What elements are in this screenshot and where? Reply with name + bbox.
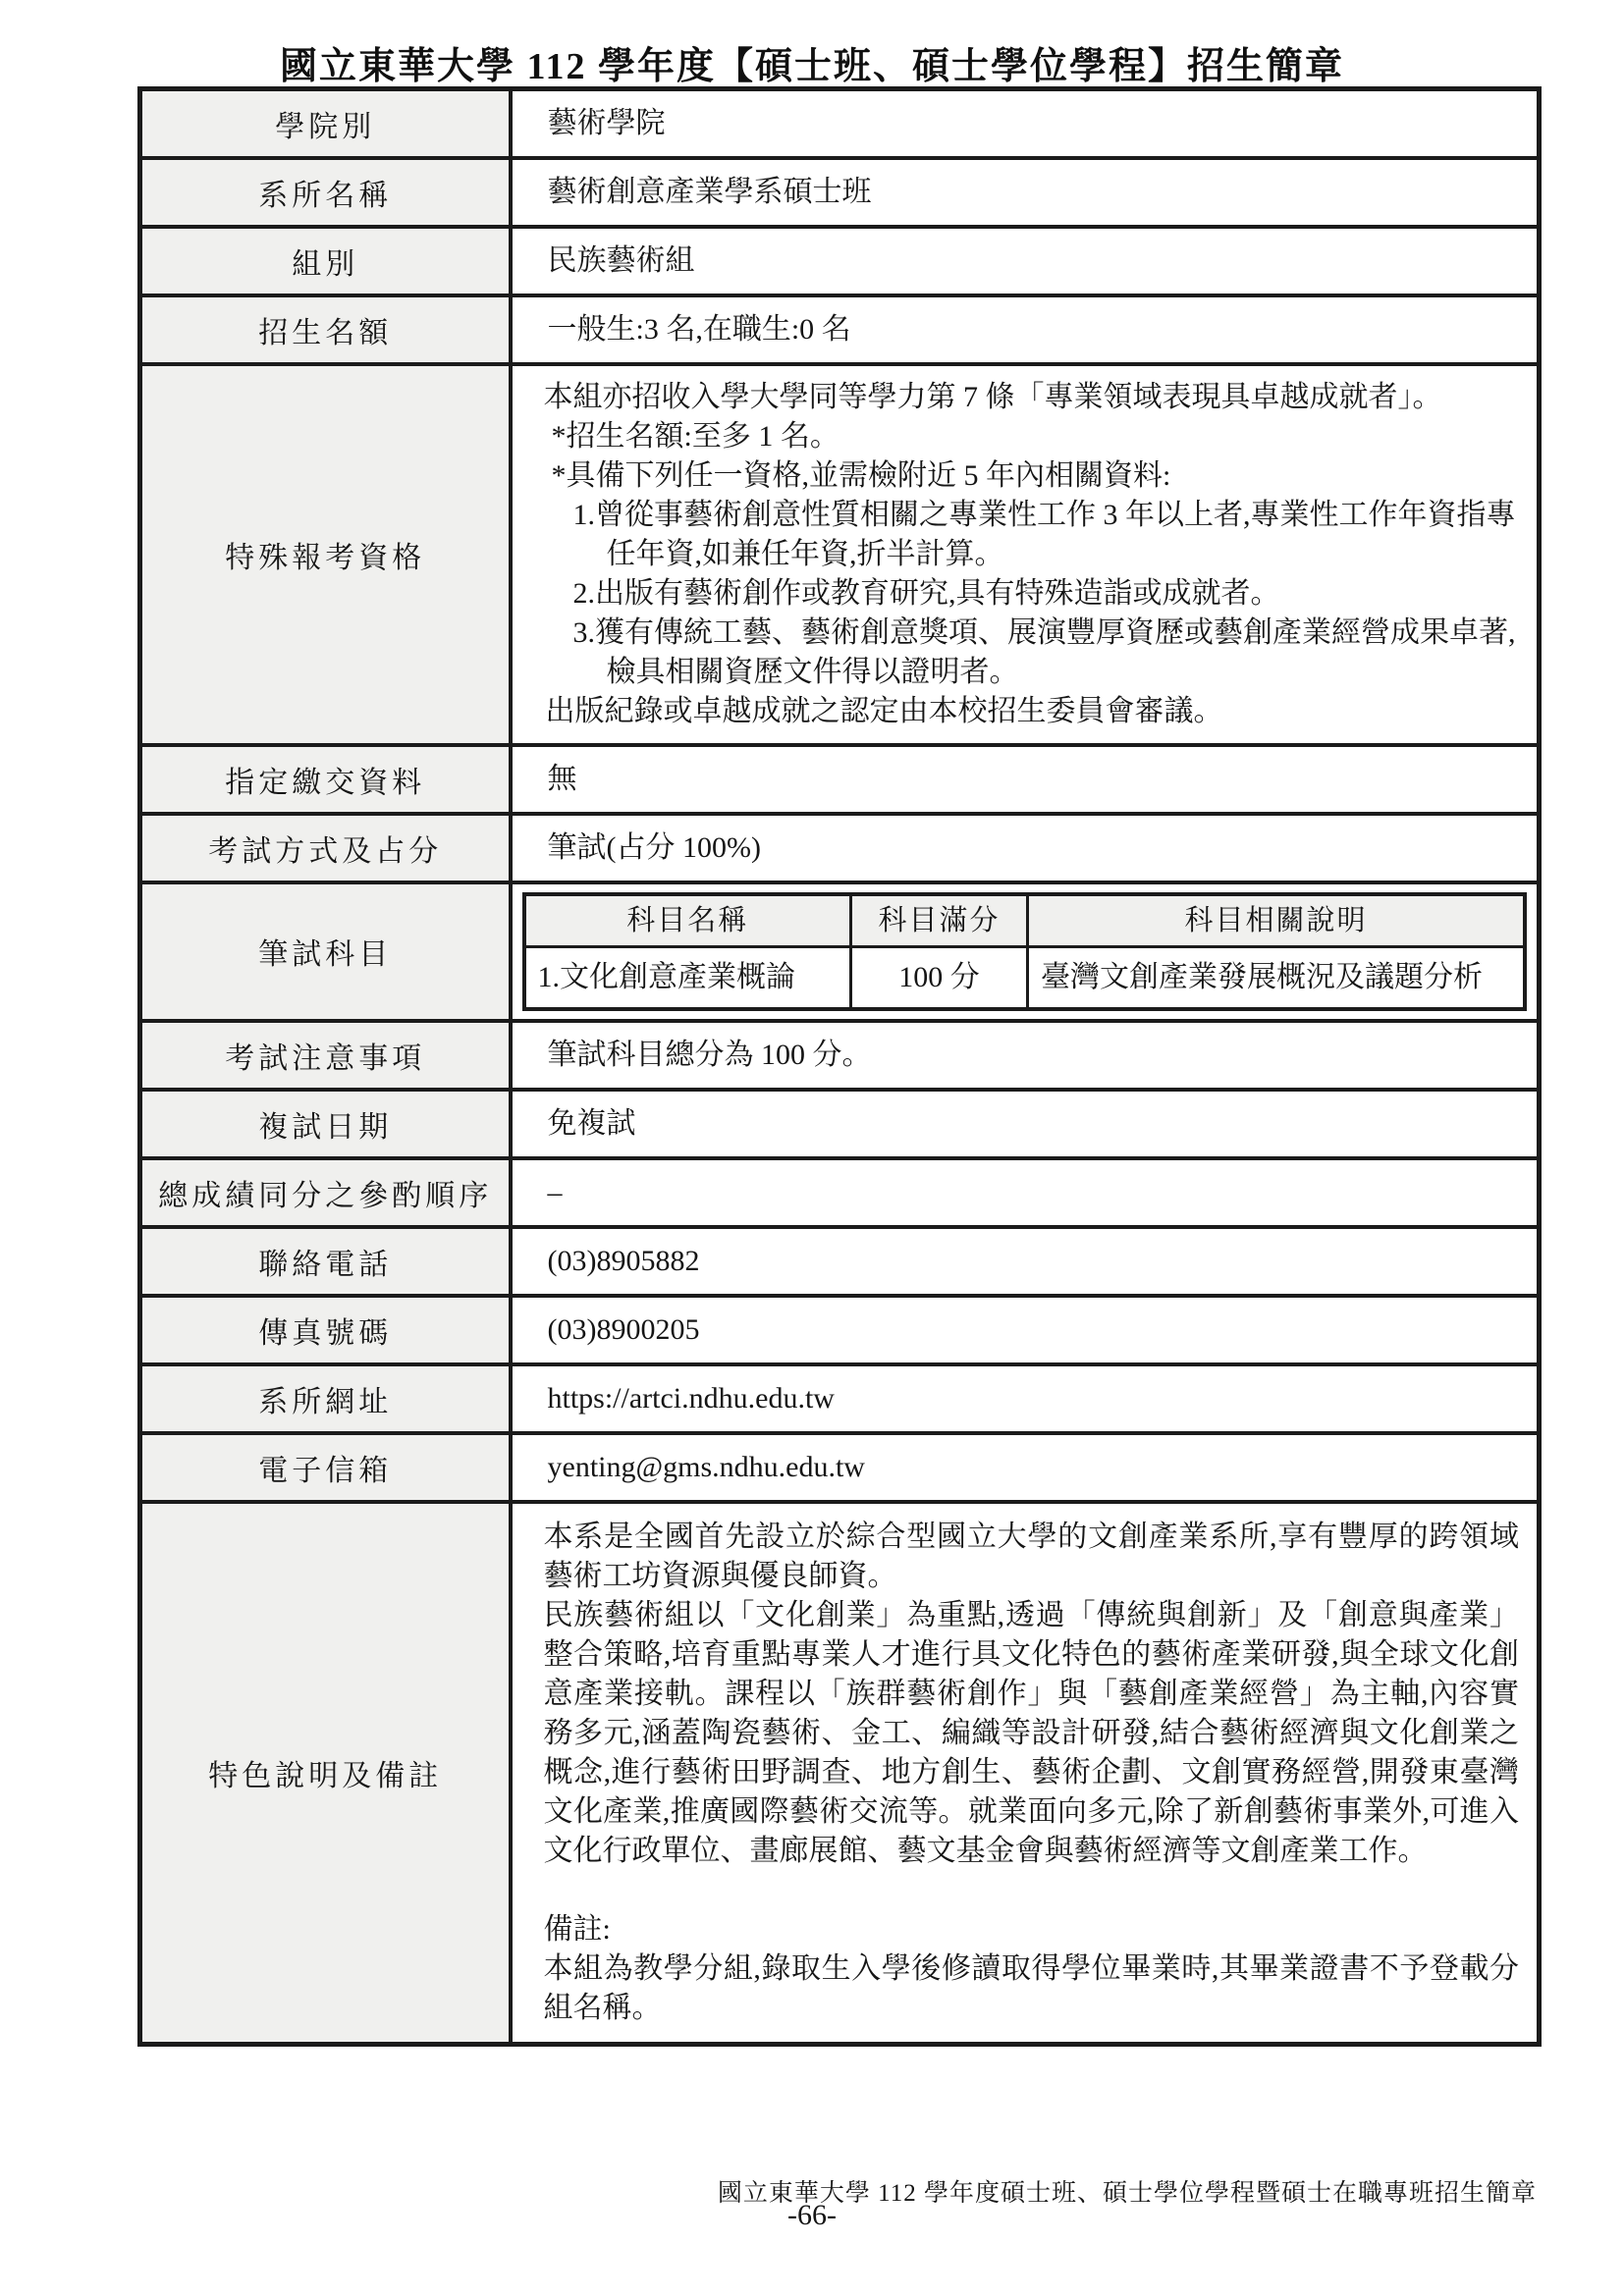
- row-group: 組別 民族藝術組: [140, 227, 1540, 295]
- special-line: 3.獲有傳統工藝、藝術創意獎項、展演豐厚資歷或藝創產業經營成果卓著,檢具相關資歷…: [544, 614, 1520, 692]
- special-line: *招生名額:至多 1 名。: [552, 417, 1520, 456]
- row-retest-date: 複試日期 免複試: [140, 1090, 1540, 1158]
- row-phone: 聯絡電話 (03)8905882: [140, 1227, 1540, 1296]
- row-website-value: https://artci.ndhu.edu.tw: [511, 1364, 1540, 1433]
- subject-data-row: 1.文化創意產業概論 100 分 臺灣文創產業發展概況及議題分析: [524, 947, 1526, 1010]
- row-college-value: 藝術學院: [511, 89, 1540, 158]
- row-exam-notes-value: 筆試科目總分為 100 分。: [511, 1021, 1540, 1090]
- row-college-label: 學院別: [140, 89, 511, 158]
- admission-info-table: 學院別 藝術學院 系所名稱 藝術創意產業學系碩士班 組別 民族藝術組 招生名額 …: [137, 86, 1542, 2047]
- row-tiebreak-order-label: 總成績同分之參酌順序: [140, 1158, 511, 1227]
- row-website-label: 系所網址: [140, 1364, 511, 1433]
- row-fax-value: (03)8900205: [511, 1296, 1540, 1364]
- subject-name-header: 科目名稱: [524, 894, 851, 947]
- special-line: 1.曾從事藝術創意性質相關之專業性工作 3 年以上者,專業性工作年資指專任年資,…: [544, 496, 1520, 574]
- subject-name: 1.文化創意產業概論: [524, 947, 851, 1010]
- row-tiebreak-order-value: –: [511, 1158, 1540, 1227]
- row-written-subjects-value: 科目名稱 科目滿分 科目相關說明 1.文化創意產業概論 100 分 臺灣文創產業…: [511, 882, 1540, 1022]
- row-college: 學院別 藝術學院: [140, 89, 1540, 158]
- special-line: 本組亦招收入學大學同等學力第 7 條「專業領域表現具卓越成就者」。: [544, 378, 1520, 417]
- row-exam-method-value: 筆試(占分 100%): [511, 814, 1540, 882]
- notes-remark-body: 本組為教學分組,錄取生入學後修讀取得學位畢業時,其畢業證書不予登載分組名稱。: [544, 1949, 1520, 2028]
- row-special-label: 特殊報考資格: [140, 364, 511, 745]
- row-documents: 指定繳交資料 無: [140, 745, 1540, 814]
- row-features-remarks-label: 特色說明及備註: [140, 1502, 511, 2045]
- subject-desc-header: 科目相關說明: [1028, 894, 1526, 947]
- special-line: 出版紀錄或卓越成就之認定由本校招生委員會審議。: [546, 692, 1520, 731]
- row-quota: 招生名額 一般生:3 名,在職生:0 名: [140, 295, 1540, 364]
- page-title: 國立東華大學 112 學年度【碩士班、碩士學位學程】招生簡章: [0, 35, 1624, 89]
- page-number: -66-: [0, 2199, 1624, 2232]
- row-department-label: 系所名稱: [140, 158, 511, 227]
- row-phone-value: (03)8905882: [511, 1227, 1540, 1296]
- row-written-subjects-label: 筆試科目: [140, 882, 511, 1022]
- row-retest-date-label: 複試日期: [140, 1090, 511, 1158]
- row-quota-label: 招生名額: [140, 295, 511, 364]
- row-retest-date-value: 免複試: [511, 1090, 1540, 1158]
- row-department: 系所名稱 藝術創意產業學系碩士班: [140, 158, 1540, 227]
- row-written-subjects: 筆試科目 科目名稱 科目滿分 科目相關說明: [140, 882, 1540, 1022]
- special-line: 2.出版有藝術創作或教育研究,具有特殊造詣或成就者。: [544, 574, 1520, 614]
- row-documents-label: 指定繳交資料: [140, 745, 511, 814]
- written-subjects-table: 科目名稱 科目滿分 科目相關說明 1.文化創意產業概論 100 分 臺灣文創產業…: [522, 892, 1528, 1012]
- row-email: 電子信箱 yenting@gms.ndhu.edu.tw: [140, 1433, 1540, 1502]
- row-group-value: 民族藝術組: [511, 227, 1540, 295]
- row-documents-value: 無: [511, 745, 1540, 814]
- row-quota-value: 一般生:3 名,在職生:0 名: [511, 295, 1540, 364]
- notes-paragraph: 民族藝術組以「文化創業」為重點,透過「傳統與創新」及「創意與產業」整合策略,培育…: [544, 1596, 1520, 1871]
- row-email-label: 電子信箱: [140, 1433, 511, 1502]
- notes-paragraph: 本系是全國首先設立於綜合型國立大學的文創產業系所,享有豐厚的跨領域藝術工坊資源與…: [544, 1518, 1520, 1596]
- row-phone-label: 聯絡電話: [140, 1227, 511, 1296]
- row-website: 系所網址 https://artci.ndhu.edu.tw: [140, 1364, 1540, 1433]
- subject-header-row: 科目名稱 科目滿分 科目相關說明: [524, 894, 1526, 947]
- row-group-label: 組別: [140, 227, 511, 295]
- subject-score: 100 分: [851, 947, 1028, 1010]
- subject-desc: 臺灣文創產業發展概況及議題分析: [1028, 947, 1526, 1010]
- row-special-value: 本組亦招收入學大學同等學力第 7 條「專業領域表現具卓越成就者」。 *招生名額:…: [511, 364, 1540, 745]
- row-fax-label: 傳真號碼: [140, 1296, 511, 1364]
- row-tiebreak-order: 總成績同分之參酌順序 –: [140, 1158, 1540, 1227]
- row-exam-method-label: 考試方式及占分: [140, 814, 511, 882]
- special-line: *具備下列任一資格,並需檢附近 5 年內相關資料:: [552, 456, 1520, 496]
- subject-score-header: 科目滿分: [851, 894, 1028, 947]
- row-department-value: 藝術創意產業學系碩士班: [511, 158, 1540, 227]
- row-features-remarks-value: 本系是全國首先設立於綜合型國立大學的文創產業系所,享有豐厚的跨領域藝術工坊資源與…: [511, 1502, 1540, 2045]
- document-page: 國立東華大學 112 學年度【碩士班、碩士學位學程】招生簡章 學院別 藝術學院 …: [0, 0, 1624, 2296]
- row-email-value: yenting@gms.ndhu.edu.tw: [511, 1433, 1540, 1502]
- row-special-qualifications: 特殊報考資格 本組亦招收入學大學同等學力第 7 條「專業領域表現具卓越成就者」。…: [140, 364, 1540, 745]
- row-exam-method: 考試方式及占分 筆試(占分 100%): [140, 814, 1540, 882]
- row-features-remarks: 特色說明及備註 本系是全國首先設立於綜合型國立大學的文創產業系所,享有豐厚的跨領…: [140, 1502, 1540, 2045]
- row-exam-notes: 考試注意事項 筆試科目總分為 100 分。: [140, 1021, 1540, 1090]
- notes-remark-heading: 備註:: [544, 1910, 1520, 1949]
- row-fax: 傳真號碼 (03)8900205: [140, 1296, 1540, 1364]
- row-exam-notes-label: 考試注意事項: [140, 1021, 511, 1090]
